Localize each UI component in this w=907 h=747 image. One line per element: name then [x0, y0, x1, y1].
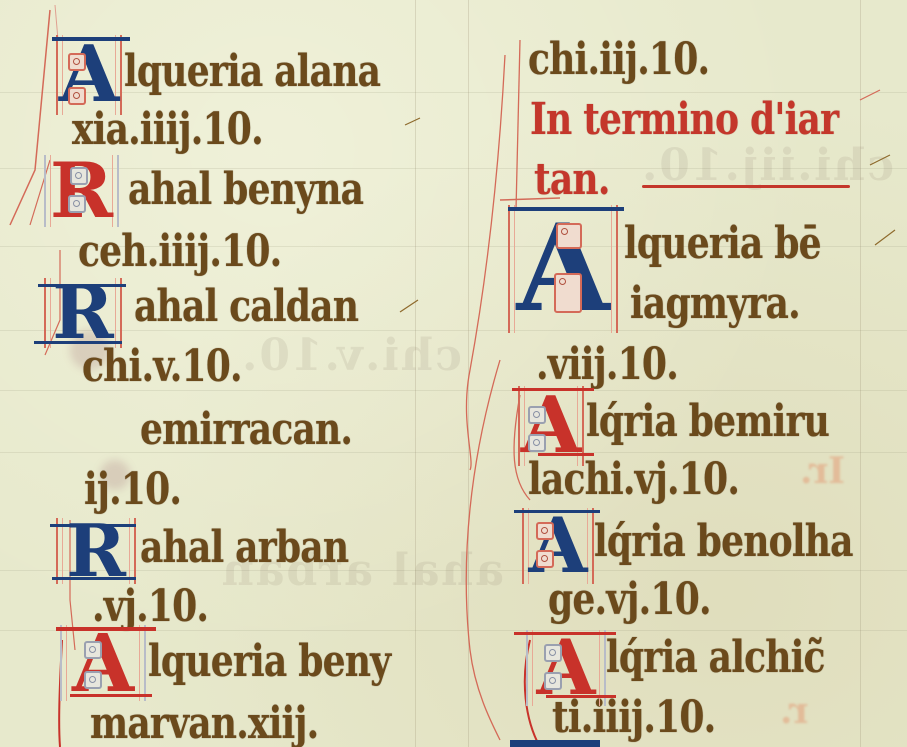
text-line: ij.10. [84, 468, 181, 512]
illuminated-initial-a: A [60, 625, 146, 701]
spiral-ornament-icon [68, 195, 86, 213]
text-line: chi.iij.10. [528, 38, 709, 82]
initial-letter: R [52, 276, 114, 350]
initial-bar [34, 341, 122, 344]
text-line: emirracan. [140, 408, 352, 452]
manuscript-page: chi.v.10. ahal arban chi.iij.10. Ir. r. … [0, 0, 907, 747]
show-through-text: chi.v.10. [240, 330, 462, 381]
initial-bar [538, 453, 594, 456]
initial-bar [508, 207, 624, 211]
text-line: lq́ria alchic̃ [606, 636, 825, 680]
illuminated-initial-a: A [518, 386, 584, 466]
show-through-text: chi.iij.10. [640, 140, 894, 191]
text-line: ahal arban [140, 526, 348, 570]
spiral-ornament-icon [554, 273, 582, 313]
illuminated-initial-r: R [44, 278, 122, 348]
margin-rule [860, 0, 861, 747]
spiral-ornament-icon [84, 641, 102, 659]
spiral-ornament-icon [68, 87, 86, 105]
illuminated-initial-a: A [508, 205, 618, 333]
text-line: lq́ria benolha [594, 520, 853, 564]
illuminated-initial-a: A [522, 508, 594, 584]
initial-letter: R [50, 153, 113, 229]
spiral-ornament-icon [544, 644, 562, 662]
next-initial-partial [510, 740, 600, 747]
spiral-ornament-icon [528, 434, 546, 452]
initial-bar [56, 627, 156, 631]
initial-bar [52, 37, 130, 41]
initial-letter: A [529, 508, 588, 584]
initial-bar [52, 577, 136, 580]
illuminated-initial-a: A [56, 35, 122, 115]
text-line: lq́ria bemiru [586, 400, 829, 444]
spiral-ornament-icon [536, 550, 554, 568]
red-offset-stain: Ir. [800, 450, 845, 492]
spiral-ornament-icon [70, 167, 88, 185]
spiral-ornament-icon [544, 672, 562, 690]
ruling-line [0, 452, 907, 453]
spiral-ornament-icon [528, 406, 546, 424]
spiral-ornament-icon [536, 522, 554, 540]
spiral-ornament-icon [84, 671, 102, 689]
rubric-heading: In termino d'iar [530, 98, 838, 142]
text-line: iagmyra. [630, 282, 800, 326]
initial-letter: A [72, 623, 134, 703]
text-line: lqueria bē [624, 222, 821, 266]
text-line: lqueria alana [124, 50, 380, 94]
text-line: ahal benyna [128, 168, 363, 212]
rubric-line-filler [642, 185, 850, 188]
initial-bar [38, 284, 126, 287]
initial-bar [514, 510, 600, 513]
text-line: ahal caldan [134, 285, 358, 329]
illuminated-initial-r: R [56, 518, 136, 584]
initial-bar [70, 694, 152, 697]
initial-bar [546, 695, 616, 698]
red-offset-stain: r. [780, 690, 808, 732]
initial-bar [514, 632, 616, 635]
initial-bar [50, 524, 136, 527]
text-line: ceh.iiij.10. [78, 230, 281, 274]
margin-rule [468, 0, 469, 747]
spiral-ornament-icon [68, 53, 86, 71]
text-line: lqueria beny [148, 640, 390, 684]
illuminated-initial-a: A [526, 630, 606, 706]
spiral-ornament-icon [556, 223, 582, 249]
rubric-heading: tan. [534, 158, 610, 202]
illuminated-initial-r: R [44, 155, 119, 227]
initial-bar [512, 388, 594, 391]
